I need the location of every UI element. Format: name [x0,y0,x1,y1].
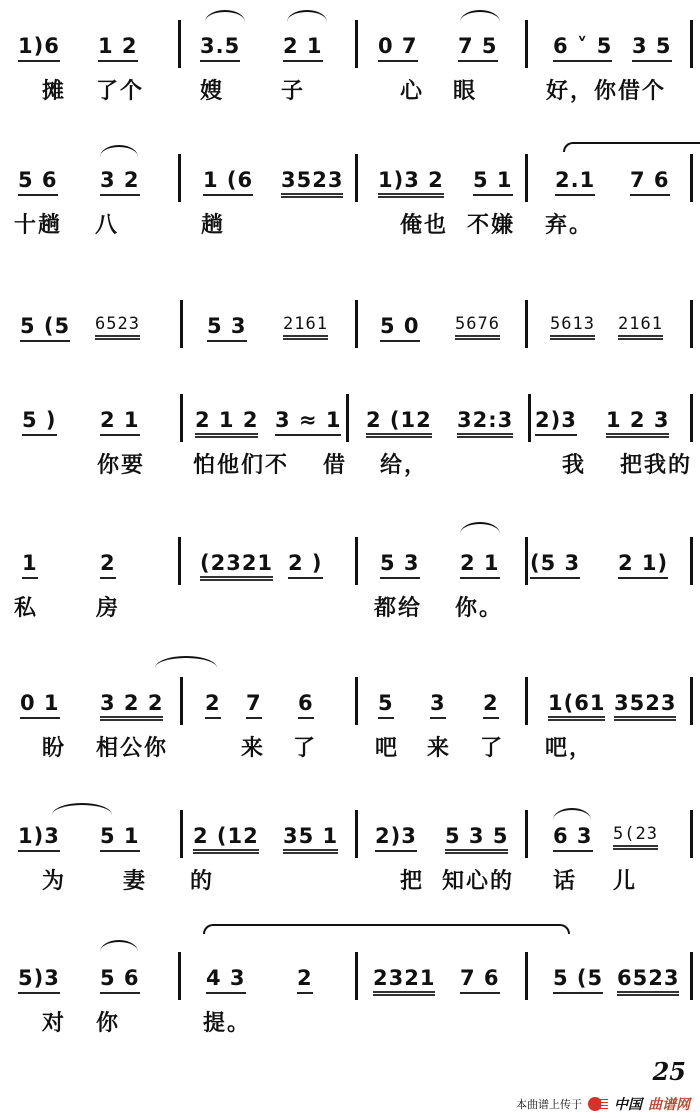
note-group: 35 1 [283,824,338,854]
note-cell: 1)6 [18,34,60,58]
note-group: 0 7 [378,34,418,62]
slur-mark [460,10,500,22]
lyric-text: 儿 [613,864,637,895]
note-cell: 2.1 [555,168,595,192]
note-group: 1(61 [548,691,605,721]
note-group: 5676 [455,314,500,340]
note-group: 0 1 [20,691,60,719]
note-cell: 2 1 2 [195,408,258,432]
lyric-text: 子 [281,74,305,105]
note-cell: 2 [483,691,499,715]
lyric-text: 你 [96,1006,120,1037]
lyric-text: 八 [95,208,119,239]
lyric-text: 妻 [123,864,147,895]
note-cell: 7 6 [460,966,500,990]
note-cell: 5 3 [380,551,420,575]
note-cell: 6523 [617,966,679,990]
note-cell: 0 7 [378,34,418,58]
note-cell: 5 1 [100,824,140,848]
note-group: 3523 [614,691,676,721]
barline [690,300,693,348]
note-cell: 35 1 [283,824,338,848]
note-cell: 3.5 [200,34,240,58]
lyric-text: 你。 [455,591,503,622]
barline [525,20,528,68]
bracket-mark [203,924,355,934]
note-group: 2 1 [460,551,500,579]
note-group: 3.5 [200,34,240,62]
lyric-text: 给， [380,448,428,479]
note-group: 5 1 [473,168,513,196]
slur-mark [100,940,138,952]
note-cell: 2 (12 [193,824,259,848]
note-cell: 2161 [618,314,663,334]
note-cell: 5 (5 [20,314,70,338]
lyric-text: 借 [323,448,347,479]
note-cell: 6 [298,691,314,715]
lyric-text: 来 [241,731,265,762]
barline [355,952,358,1000]
lyric-text: 知心的 [442,864,514,895]
note-cell: 3 5 [632,34,672,58]
note-cell: 1(61 [548,691,605,715]
score-system-4: 5 )2 12 1 23 ≈ 12 (1232:32)31 2 3你要怕他们不借… [0,392,700,502]
note-group: 6523 [95,314,140,340]
barline [690,394,693,442]
barline [178,952,181,1000]
lyric-text: 心 [400,74,424,105]
barline [180,810,183,858]
note-cell: 3523 [281,168,343,192]
note-group: 2 1 [100,408,140,436]
lyric-text: 把我的 [620,448,692,479]
note-cell: 1)3 [18,824,60,848]
note-group: 5 1 [100,824,140,852]
note-group: 6523 [617,966,679,996]
lyric-text: 嫂 [200,74,224,105]
note-cell: 1 2 3 [606,408,669,432]
lyric-text: 你要 [97,448,145,479]
score-system-2: 5 63 21 (635231)3 25 12.17 6十趟八趟俺也不嫌弃。 [0,152,700,262]
note-group: 2 1 [283,34,323,62]
score-system-8: 5)35 64 3223217 65 (56523对你提。 [0,950,700,1060]
note-cell: 5 ) [22,408,57,432]
note-cell: 2321 [373,966,435,990]
note-cell: 2 [205,691,221,715]
lyric-text: 吧， [545,731,593,762]
note-group: 5 (5 [20,314,70,342]
note-group: 7 5 [458,34,498,62]
note-group: 2 [100,551,116,579]
barline [346,394,349,442]
score-system-5: 12(23212 )5 32 1(5 32 1)私房都给你。 [0,535,700,645]
lyric-text: 话 [553,864,577,895]
note-group: 6 ˅ 5 [553,34,612,62]
note-cell: 2 [297,966,313,990]
note-cell: 6 3 [553,824,593,848]
note-group: 2 1 2 [195,408,258,438]
note-cell: 3 2 [100,168,140,192]
note-group: 6 [298,691,314,719]
note-cell: 5 3 5 [445,824,508,848]
barline [525,677,528,725]
note-group: 2 [483,691,499,719]
lyric-text: 房 [96,591,120,622]
note-group: 7 [246,691,262,719]
note-group: 5613 [550,314,595,340]
lyric-text: 私 [14,591,38,622]
lyric-text: 怕他们不 [193,448,289,479]
note-cell: 7 6 [630,168,670,192]
note-cell: 7 [246,691,262,715]
note-cell: 3523 [614,691,676,715]
note-cell: 6 ˅ 5 [553,34,612,58]
barline [178,20,181,68]
note-group: 32:3 [457,408,513,438]
note-group: 5 3 5 [445,824,508,854]
note-cell: 1 2 [98,34,138,58]
note-cell: 5 [378,691,394,715]
lyric-text: 好，你借个 [546,74,666,105]
note-cell: 2 ) [288,551,323,575]
note-cell: 3 [430,691,446,715]
barline [355,20,358,68]
note-group: 1 2 [98,34,138,62]
lyric-text: 趟 [201,208,225,239]
bracket-mark [523,924,570,934]
barline [525,810,528,858]
barline [525,537,528,585]
note-group: 5(23 [613,824,658,850]
note-cell: 5)3 [18,966,60,990]
lyric-text: 盼 [42,731,66,762]
note-group: 2)3 [535,408,577,436]
note-cell: 5 0 [380,314,420,338]
note-cell: 5(23 [613,824,658,844]
note-group: 5)3 [18,966,60,994]
barline [180,300,183,348]
note-group: 4 3 [206,966,246,994]
lyric-text: 来 [427,731,451,762]
note-group: 1 [22,551,38,579]
lyric-text: 吧 [375,731,399,762]
note-cell: 5676 [455,314,500,334]
barline [355,677,358,725]
note-cell: 4 3 [206,966,246,990]
lyric-text: 了个 [96,74,144,105]
lyric-text: 的 [190,864,214,895]
note-cell: 3 ≈ 1 [275,408,341,432]
note-cell: 2)3 [535,408,577,432]
barline [690,154,693,202]
barline [690,952,693,1000]
site-name-part-2: 曲谱网 [648,1094,690,1114]
note-group: 3 5 [632,34,672,62]
note-group: 5 6 [100,966,140,994]
note-cell: 2)3 [375,824,417,848]
lyric-text: 十趟 [14,208,62,239]
note-group: 5 ) [22,408,57,436]
bracket-mark [563,142,700,152]
lyric-text: 眼 [453,74,477,105]
note-cell: (2321 [200,551,273,575]
note-group: 7 6 [460,966,500,994]
barline [178,537,181,585]
note-group: 1)6 [18,34,60,62]
barline [690,537,693,585]
note-group: 2 1) [618,551,668,579]
footer-text: 本曲谱上传于 [516,1096,582,1112]
note-group: 3 ≈ 1 [275,408,341,436]
note-group: 2.1 [555,168,595,196]
note-group: 2 [205,691,221,719]
note-group: 2)3 [375,824,417,852]
site-name-part-1: 中国 [614,1094,642,1114]
note-group: 5 0 [380,314,420,342]
lyric-text: 我 [562,448,586,479]
score-system-1: 1)61 23.52 10 77 56 ˅ 53 5摊了个嫂子心眼好，你借个 [0,18,700,128]
note-cell: 5 3 [207,314,247,338]
barline [690,677,693,725]
slur-mark [460,522,500,534]
note-group: 3 [430,691,446,719]
slur-mark [100,145,138,157]
barline [180,677,183,725]
note-cell: 2 1 [460,551,500,575]
site-logo-icon [588,1097,602,1111]
note-group: 2161 [283,314,328,340]
note-cell: 2 (12 [366,408,432,432]
barline [525,300,528,348]
note-cell: 2 1) [618,551,668,575]
note-group: 2 (12 [193,824,259,854]
lyric-text: 摊 [42,74,66,105]
note-group: 2161 [618,314,663,340]
upload-footer: 本曲谱上传于 中国曲谱网 [516,1094,690,1114]
lyric-text: 了 [480,731,504,762]
slur-mark [155,656,217,668]
barline [690,810,693,858]
lyric-text: 提。 [203,1006,251,1037]
note-group: 2 [297,966,313,994]
note-group: 5 [378,691,394,719]
note-cell: 3 2 2 [100,691,163,715]
note-cell: 2 1 [100,408,140,432]
note-group: (5 3 [530,551,580,579]
lyric-text: 不嫌 [467,208,515,239]
note-cell: 1)3 2 [378,168,444,192]
note-cell: 5 6 [18,168,58,192]
note-group: 1)3 [18,824,60,852]
note-group: 5 (5 [553,966,603,994]
lyric-text: 相公你 [96,731,168,762]
barline [178,154,181,202]
score-system-7: 1)35 12 (1235 12)35 3 56 35(23为妻的把知心的话儿 [0,808,700,918]
lyric-text: 对 [42,1006,66,1037]
note-cell: 5 6 [100,966,140,990]
note-group: 5 3 [207,314,247,342]
note-group: 2 ) [288,551,323,579]
note-cell: 32:3 [457,408,513,432]
note-cell: 1 [22,551,38,575]
note-cell: 5 1 [473,168,513,192]
barline [525,952,528,1000]
note-cell: 2161 [283,314,328,334]
note-group: 3523 [281,168,343,198]
lyric-text: 弃。 [545,208,593,239]
note-group: 3 2 [100,168,140,196]
slur-mark [205,10,245,22]
note-cell: 6523 [95,314,140,334]
barline [690,20,693,68]
note-group: 5 3 [380,551,420,579]
note-cell: 7 5 [458,34,498,58]
note-group: 1 (6 [203,168,253,196]
barline [525,154,528,202]
lyric-text: 了 [293,731,317,762]
barline [355,154,358,202]
slur-mark [52,803,112,815]
note-group: (2321 [200,551,273,581]
note-group: 1)3 2 [378,168,444,198]
slur-mark [287,10,327,22]
barline [180,394,183,442]
note-cell: 2 [100,551,116,575]
barline [528,394,531,442]
note-group: 7 6 [630,168,670,196]
note-cell: 2 1 [283,34,323,58]
lyric-text: 为 [42,864,66,895]
note-group: 2 (12 [366,408,432,438]
note-group: 3 2 2 [100,691,163,721]
lyric-text: 把 [400,864,424,895]
note-cell: 0 1 [20,691,60,715]
note-group: 5 6 [18,168,58,196]
lyric-text: 俺也 [400,208,448,239]
barline [355,810,358,858]
note-cell: 1 (6 [203,168,253,192]
note-group: 6 3 [553,824,593,852]
note-group: 2321 [373,966,435,996]
bracket-mark [353,924,523,934]
lyric-text: 都给 [374,591,422,622]
note-cell: 5 (5 [553,966,603,990]
note-group: 1 2 3 [606,408,669,438]
note-cell: (5 3 [530,551,580,575]
score-system-6: 0 13 2 22765321(613523盼相公你来了吧来了吧， [0,675,700,785]
page-number: 25 [653,1057,686,1086]
barline [355,300,358,348]
barline [355,537,358,585]
note-cell: 5613 [550,314,595,334]
